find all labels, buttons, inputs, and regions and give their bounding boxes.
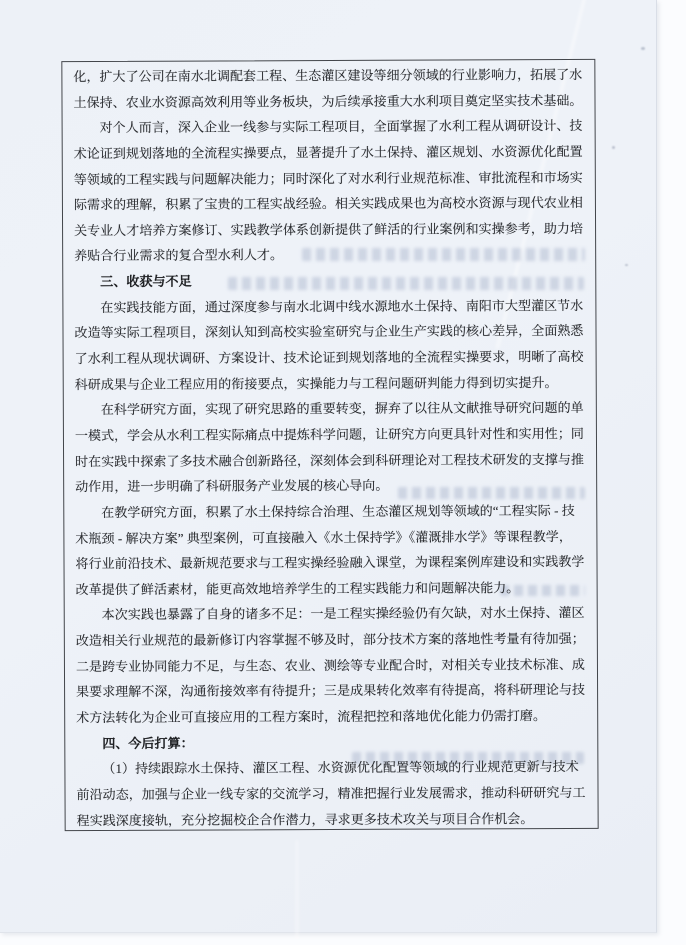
document-line: 术方法转化为企业可直接应用的工程方案时，流程把控和落地优化能力仍需打磨。 <box>76 703 586 731</box>
document-line: 果要求理解不深，沟通衔接效率有待提升；三是成果转化效率有待提高，将科研理论与技 <box>76 677 586 705</box>
document-line: 科研成果与企业工程应用的衔接要点，实操能力与工程问题研判能力得到切实提升。 <box>75 370 585 398</box>
section-heading-line: 三、收获与不足 <box>74 267 584 295</box>
document-line: 本次实践也暴露了自身的诸多不足：一是工程实操经验仍有欠缺，对水土保持、灌区 <box>76 600 586 628</box>
document-line: 养贴合行业需求的复合型水利人才。 <box>74 241 584 269</box>
document-line: 程实践深度接轨，充分挖掘校企合作潜力，寻求更多技术攻关与项目合作机会。 <box>77 805 587 833</box>
scan-page: 化，扩大了公司在南水北调配套工程、生态灌区建设等细分领域的行业影响力，拓展了水土… <box>0 0 686 945</box>
document-line: 前沿动态，加强与企业一线专家的交流学习，精准把握行业发展需求，推动科研研究与工 <box>76 780 586 808</box>
document-line: 时在实践中探索了多技术融合创新路径，深刻体会到科研理论对工程技术研发的支撑与推 <box>75 446 585 474</box>
document-line: 了水利工程从现状调研、方案设计、技术论证到规划落地的全流程实操要求，明晰了高校 <box>75 344 585 372</box>
document-line: 在教学研究方面，积累了水土保持综合治理、生态灌区规划等领域的“工程实际 - 技 <box>75 498 585 526</box>
document-line: 改造等实际工程项目，深刻认知到高校实验室研究与企业生产实践的核心差异，全面熟悉 <box>74 318 584 346</box>
scan-speck <box>641 47 645 50</box>
document-line: 二是跨专业协同能力不足，与生态、农业、测绘等专业配合时，对相关专业技术标准、成 <box>76 652 586 680</box>
document-line: 在科学研究方面，实现了研究思路的重要转变，摒弃了以往从文献推导研究问题的单 <box>75 395 585 423</box>
section-heading-line: 四、今后打算： <box>76 729 586 757</box>
report-text-block: 化，扩大了公司在南水北调配套工程、生态灌区建设等细分领域的行业影响力，拓展了水土… <box>73 62 586 833</box>
document-line: 土保持、农业水资源高效利用等业务板块，为后续承接重大水利项目奠定坚实技术基础。 <box>73 88 583 116</box>
document-line: 动作用，进一步明确了科研服务产业发展的核心导向。 <box>75 472 585 500</box>
document-line: 关专业人才培养方案修订、实践教学体系创新提供了鲜活的行业案例和实操参考，助力培 <box>74 216 584 244</box>
document-line: 改造相关行业规范的最新修订内容掌握不够及时，部分技术方案的落地性考量有待加强； <box>76 626 586 654</box>
document-line: 术论证到规划落地的全流程实操要点，显著提升了水土保持、灌区规划、水资源优化配置 <box>74 139 584 167</box>
paper-crease <box>296 840 298 940</box>
document-line: 术瓶颈 - 解决方案” 典型案例，可直接融入《水土保持学》《灌溉排水学》等课程教… <box>75 523 585 551</box>
document-line: 际需求的理解，积累了宝贵的工程实战经验。相关实践成果也为高校水资源与现代农业相 <box>74 190 584 218</box>
document-line: 一模式，学会从水利工程实际痛点中提炼科学问题，让研究方向更具针对性和实用性；同 <box>75 421 585 449</box>
scan-speck <box>612 146 615 149</box>
document-line: 化，扩大了公司在南水北调配套工程、生态灌区建设等细分领域的行业影响力，拓展了水 <box>73 62 583 90</box>
document-line: 等领域的工程实践与问题解决能力；同时深化了对水利行业规范标准、审批流程和市场实 <box>74 164 584 192</box>
document-line: 改革提供了鲜活素材，能更高效地培养学生的工程实践能力和问题解决能力。 <box>76 575 586 603</box>
report-table-cell: 化，扩大了公司在南水北调配套工程、生态灌区建设等细分领域的行业影响力，拓展了水土… <box>61 59 598 831</box>
document-line: 在实践技能方面，通过深度参与南水北调中线水源地水土保持、南阳市大型灌区节水 <box>74 293 584 321</box>
paper-sheet: 化，扩大了公司在南水北调配套工程、生态灌区建设等细分领域的行业影响力，拓展了水土… <box>0 0 657 933</box>
document-line: （1）持续跟踪水土保持、灌区工程、水资源优化配置等领域的行业规范更新与技术 <box>76 754 586 782</box>
document-line: 将行业前沿技术、最新规范要求与工程实操经验融入课堂，为课程案例库建设和实践教学 <box>75 549 585 577</box>
scan-speck <box>625 264 628 266</box>
document-line: 对个人而言，深入企业一线参与实际工程项目，全面掌握了水利工程从调研设计、技 <box>74 113 584 141</box>
